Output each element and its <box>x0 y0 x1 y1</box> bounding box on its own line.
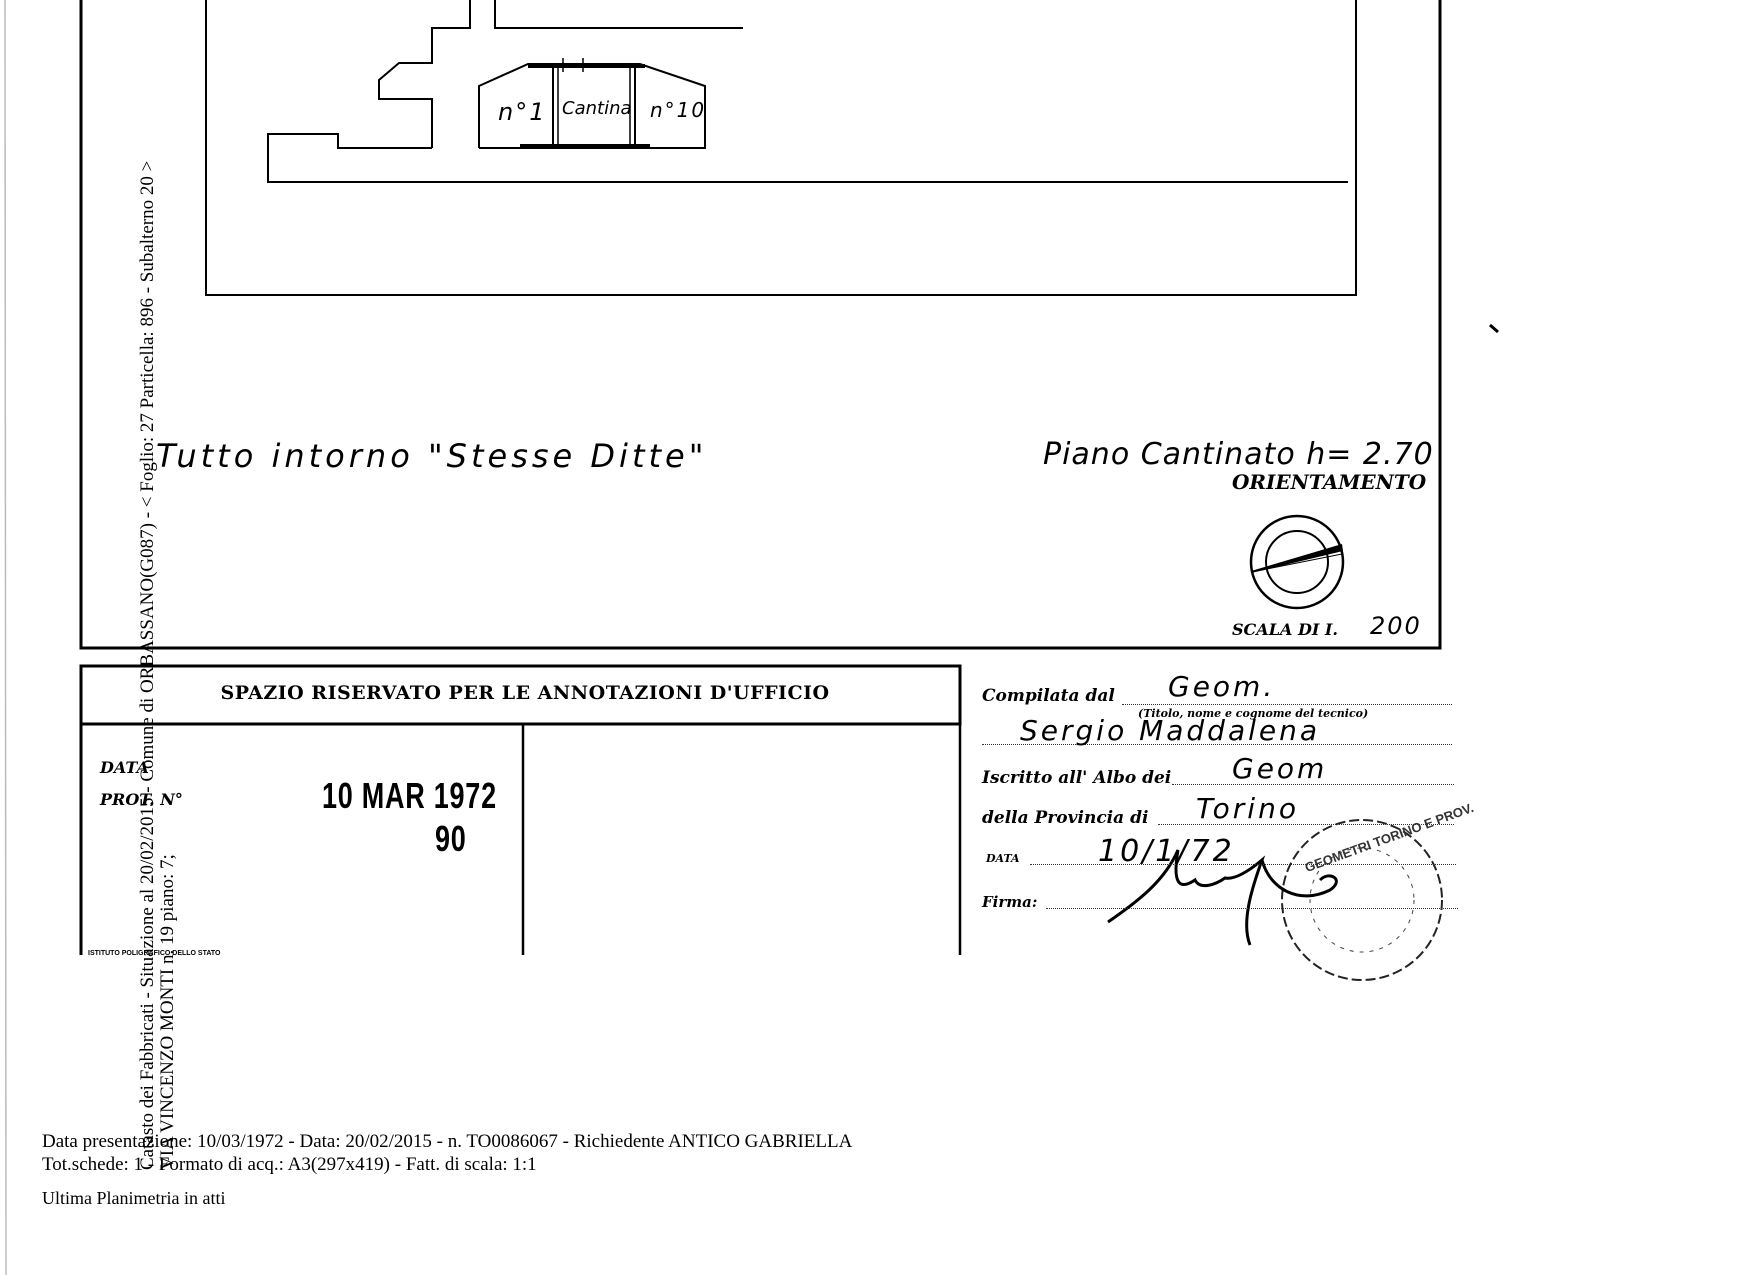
room-label-n1: n°1 <box>498 98 546 126</box>
surrounding-note: Tutto intorno "Stesse Ditte" <box>156 437 707 475</box>
office-box-title: SPAZIO RISERVATO PER LE ANNOTAZIONI D'UF… <box>150 682 900 704</box>
footer-status: Ultima Planimetria in atti <box>42 1188 225 1209</box>
floor-height-note: Piano Cantinato h= 2.70 <box>1043 437 1434 472</box>
province-value: Torino <box>1196 792 1299 825</box>
floor-plan-drawing <box>0 0 1755 1275</box>
printer-credit: ISTITUTO POLIGRAFICO DELLO STATO <box>88 950 220 957</box>
office-prot-label: PROT. N° <box>100 790 183 809</box>
office-data-label: DATA <box>100 758 149 777</box>
signature-label: Firma: <box>982 893 1037 911</box>
compiled-by-label: Compilata dal <box>982 686 1115 706</box>
margin-address: VIA VINCENZO MONTI n. 19 piano: 7; <box>157 854 179 1170</box>
register-value: Geom <box>1232 752 1327 785</box>
compiler-date-label: DATA <box>986 852 1020 865</box>
register-label: Iscritto all' Albo dei <box>982 768 1171 788</box>
technician-name: Sergio Maddalena <box>1020 714 1320 747</box>
scale-label: SCALA DI I. <box>1232 620 1338 639</box>
office-date-stamp: 10 MAR 1972 <box>322 775 497 817</box>
room-label-cantina: Cantina <box>562 98 632 119</box>
province-label: della Provincia di <box>982 808 1148 828</box>
office-protocol-stamp: 90 <box>435 818 467 860</box>
margin-cadastral-reference: Catasto dei Fabbricati - Situazione al 2… <box>137 161 159 1170</box>
room-label-n10: n°10 <box>650 98 706 122</box>
compiled-by-value: Geom. <box>1168 670 1275 703</box>
scale-value: 200 <box>1370 612 1422 640</box>
orientation-label: ORIENTAMENTO <box>1232 470 1426 494</box>
footer-sheet-info: Tot.schede: 1 - Formato di acq.: A3(297x… <box>42 1154 537 1176</box>
compiler-date-value: 10/1/72 <box>1098 834 1235 869</box>
footer-presentation-info: Data presentazione: 10/03/1972 - Data: 2… <box>42 1131 852 1153</box>
